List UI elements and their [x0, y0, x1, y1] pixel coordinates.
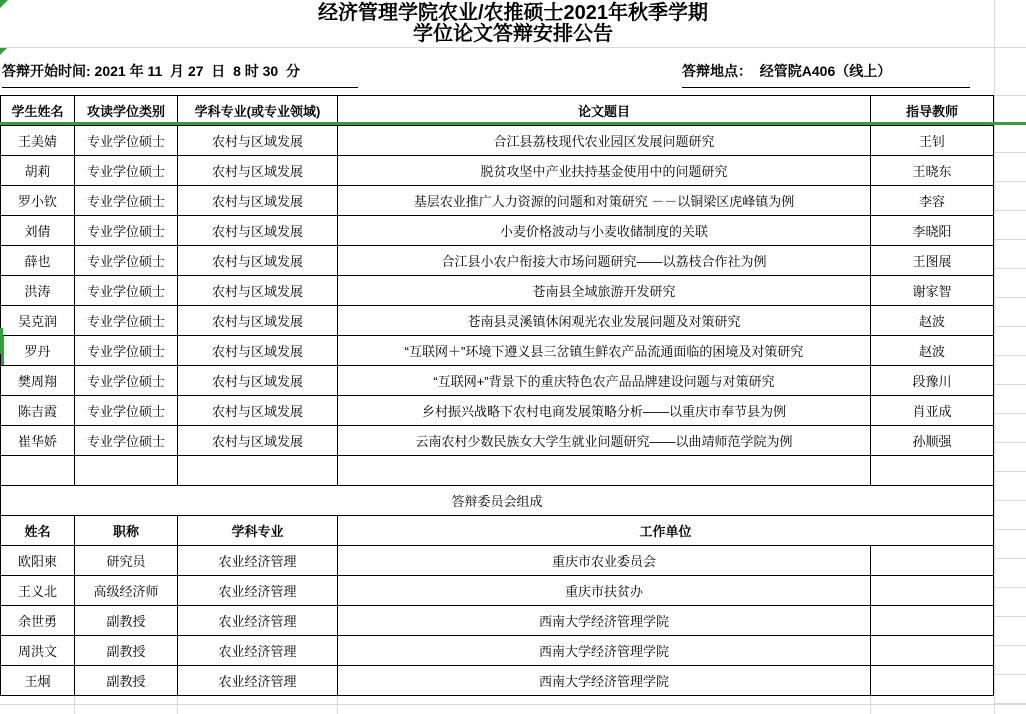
student-row: 王美婧 专业学位硕士 农村与区域发展 合江县荔枝现代农业园区发展问题研究 王钊 — [1, 126, 994, 156]
thesis-title-cell[interactable]: 苍南县灵溪镇休闲观光农业发展问题及对策研究 — [338, 306, 871, 336]
degree-type-cell[interactable]: 专业学位硕士 — [75, 336, 178, 366]
committee-row: 王义北 高级经济师 农业经济管理 重庆市扶贫办 — [1, 576, 994, 606]
committee-major-cell[interactable]: 农业经济管理 — [178, 606, 338, 636]
advisor-cell[interactable]: 赵波 — [871, 306, 994, 336]
major-cell[interactable]: 农村与区域发展 — [178, 246, 338, 276]
student-name-cell[interactable]: 樊周翔 — [1, 366, 75, 396]
advisor-cell[interactable]: 赵波 — [871, 336, 994, 366]
advisor-cell[interactable]: 李容 — [871, 186, 994, 216]
thesis-title-cell[interactable]: 合江县荔枝现代农业园区发展问题研究 — [338, 126, 871, 156]
student-name-cell[interactable]: 罗丹 — [1, 336, 75, 366]
committee-name-cell[interactable]: 欧阳柬 — [1, 546, 75, 576]
advisor-cell[interactable]: 肖亚成 — [871, 396, 994, 426]
major-cell[interactable]: 农村与区域发展 — [178, 306, 338, 336]
student-name-cell[interactable] — [1, 456, 75, 486]
committee-organization-cell[interactable]: 重庆市扶贫办 — [338, 576, 871, 606]
defense-time-field[interactable]: 答辩开始时间: 2021 年 11 月 27 日 8 时 30 分 — [2, 61, 358, 88]
page-title-line1: 经济管理学院农业/农推硕士2021年秋季学期 — [0, 3, 1026, 24]
committee-header-row: 姓名 职称 学科专业 工作单位 — [1, 516, 994, 546]
committee-organization-cell[interactable]: 重庆市农业委员会 — [338, 546, 871, 576]
committee-major-cell[interactable]: 农业经济管理 — [178, 546, 338, 576]
major-cell[interactable]: 农村与区域发展 — [178, 186, 338, 216]
page-title-line2: 学位论文答辩安排公告 — [0, 24, 1026, 45]
student-row: 陈吉霞 专业学位硕士 农村与区域发展 乡村振兴战略下农村电商发展策略分析——以重… — [1, 396, 994, 426]
advisor-cell[interactable]: 王晓东 — [871, 156, 994, 186]
student-row: 薛也 专业学位硕士 农村与区域发展 合江县小农户衔接大市场问题研究——以荔枝合作… — [1, 246, 994, 276]
student-row: 崔华娇 专业学位硕士 农村与区域发展 云南农村少数民族女大学生就业问题研究——以… — [1, 426, 994, 456]
advisor-cell[interactable] — [871, 456, 994, 486]
major-cell[interactable]: 农村与区域发展 — [178, 426, 338, 456]
cell-error-triangle-icon — [0, 0, 8, 8]
page-title: 经济管理学院农业/农推硕士2021年秋季学期 学位论文答辩安排公告 — [0, 3, 1026, 45]
spreadsheet-canvas: 经济管理学院农业/农推硕士2021年秋季学期 学位论文答辩安排公告 答辩开始时间… — [0, 0, 1026, 714]
committee-title-cell[interactable]: 研究员 — [75, 546, 178, 576]
student-row — [1, 456, 994, 486]
student-row: 洪涛 专业学位硕士 农村与区域发展 苍南县全域旅游开发研究 谢家智 — [1, 276, 994, 306]
cell-error-marker — [0, 328, 3, 354]
advisor-cell[interactable]: 谢家智 — [871, 276, 994, 306]
students-header-row: 学生姓名 攻读学位类别 学科专业(或专业领域) 论文题目 指导教师 — [1, 96, 994, 126]
thesis-title-cell[interactable]: 基层农业推广人力资源的问题和对策研究 －－以铜梁区虎峰镇为例 — [338, 186, 871, 216]
major-cell[interactable]: 农村与区域发展 — [178, 156, 338, 186]
major-cell[interactable] — [178, 456, 338, 486]
thesis-title-cell[interactable]: 苍南县全域旅游开发研究 — [338, 276, 871, 306]
advisor-cell[interactable]: 段豫川 — [871, 366, 994, 396]
degree-type-cell[interactable]: 专业学位硕士 — [75, 156, 178, 186]
committee-name-cell[interactable]: 周洪文 — [1, 636, 75, 666]
committee-row: 余世勇 副教授 农业经济管理 西南大学经济管理学院 — [1, 606, 994, 636]
degree-type-cell[interactable]: 专业学位硕士 — [75, 126, 178, 156]
student-name-cell[interactable]: 吴克润 — [1, 306, 75, 336]
advisor-cell[interactable]: 王图展 — [871, 246, 994, 276]
student-row: 樊周翔 专业学位硕士 农村与区域发展 “互联网+”背景下的重庆特色农产品品牌建设… — [1, 366, 994, 396]
degree-type-cell[interactable]: 专业学位硕士 — [75, 396, 178, 426]
thesis-title-cell[interactable]: 脱贫攻坚中产业扶持基金使用中的问题研究 — [338, 156, 871, 186]
committee-organization-cell[interactable]: 西南大学经济管理学院 — [338, 636, 871, 666]
thesis-title-cell[interactable]: 云南农村少数民族女大学生就业问题研究——以曲靖师范学院为例 — [338, 426, 871, 456]
advisor-cell[interactable]: 孙顺强 — [871, 426, 994, 456]
col-header-student-name[interactable]: 学生姓名 — [1, 96, 75, 126]
col-header-degree-type[interactable]: 攻读学位类别 — [75, 96, 178, 126]
col-header-committee-major[interactable]: 学科专业 — [178, 516, 338, 546]
committee-empty-cell[interactable] — [871, 546, 994, 576]
committee-row: 王炯 副教授 农业经济管理 西南大学经济管理学院 — [1, 666, 994, 696]
committee-organization-cell[interactable]: 西南大学经济管理学院 — [338, 606, 871, 636]
committee-organization-cell[interactable]: 西南大学经济管理学院 — [338, 666, 871, 696]
committee-row: 欧阳柬 研究员 农业经济管理 重庆市农业委员会 — [1, 546, 994, 576]
committee-title-cell[interactable]: 副教授 — [75, 606, 178, 636]
major-cell[interactable]: 农村与区域发展 — [178, 126, 338, 156]
thesis-title-cell[interactable]: “互联网+”背景下的重庆特色农产品品牌建设问题与对策研究 — [338, 366, 871, 396]
committee-title-cell[interactable]: 副教授 — [75, 636, 178, 666]
student-name-cell[interactable]: 王美婧 — [1, 126, 75, 156]
col-header-thesis-title[interactable]: 论文题目 — [338, 96, 871, 126]
thesis-title-cell[interactable]: 乡村振兴战略下农村电商发展策略分析——以重庆市奉节县为例 — [338, 396, 871, 426]
committee-empty-cell[interactable] — [871, 636, 994, 666]
committee-major-cell[interactable]: 农业经济管理 — [178, 666, 338, 696]
degree-type-cell[interactable]: 专业学位硕士 — [75, 186, 178, 216]
grid-line — [0, 704, 1026, 705]
major-cell[interactable]: 农村与区域发展 — [178, 336, 338, 366]
col-header-organization[interactable]: 工作单位 — [338, 516, 994, 546]
student-name-cell[interactable]: 薛也 — [1, 246, 75, 276]
student-row: 罗丹 专业学位硕士 农村与区域发展 “互联网＋”环境下遵义县三岔镇生鲜农产品流通… — [1, 336, 994, 366]
col-header-title[interactable]: 职称 — [75, 516, 178, 546]
committee-name-cell[interactable]: 王炯 — [1, 666, 75, 696]
major-cell[interactable]: 农村与区域发展 — [178, 396, 338, 426]
committee-title-cell[interactable]: 副教授 — [75, 666, 178, 696]
committee-major-cell[interactable]: 农业经济管理 — [178, 576, 338, 606]
committee-empty-cell[interactable] — [871, 666, 994, 696]
thesis-title-cell[interactable]: “互联网＋”环境下遵义县三岔镇生鲜农产品流通面临的困境及对策研究 — [338, 336, 871, 366]
degree-type-cell[interactable]: 专业学位硕士 — [75, 276, 178, 306]
advisor-cell[interactable]: 李晓阳 — [871, 216, 994, 246]
student-name-cell[interactable]: 罗小钦 — [1, 186, 75, 216]
degree-type-cell[interactable]: 专业学位硕士 — [75, 366, 178, 396]
committee-name-cell[interactable]: 余世勇 — [1, 606, 75, 636]
cell-error-triangle-icon — [0, 48, 7, 55]
degree-type-cell[interactable]: 专业学位硕士 — [75, 246, 178, 276]
committee-body: 欧阳柬 研究员 农业经济管理 重庆市农业委员会 王义北 高级经济师 农业经济管理… — [1, 546, 994, 696]
col-header-name[interactable]: 姓名 — [1, 516, 75, 546]
major-cell[interactable]: 农村与区域发展 — [178, 366, 338, 396]
student-row: 胡莉 专业学位硕士 农村与区域发展 脱贫攻坚中产业扶持基金使用中的问题研究 王晓… — [1, 156, 994, 186]
student-name-cell[interactable]: 胡莉 — [1, 156, 75, 186]
committee-section-title[interactable]: 答辩委员会组成 — [1, 486, 994, 516]
committee-row: 周洪文 副教授 农业经济管理 西南大学经济管理学院 — [1, 636, 994, 666]
student-name-cell[interactable]: 刘倩 — [1, 216, 75, 246]
committee-band-row: 答辩委员会组成 — [1, 486, 994, 516]
student-row: 吴克润 专业学位硕士 农村与区域发展 苍南县灵溪镇休闲观光农业发展问题及对策研究… — [1, 306, 994, 336]
thesis-title-cell[interactable]: 小麦价格波动与小麦收储制度的关联 — [338, 216, 871, 246]
col-header-advisor[interactable]: 指导教师 — [871, 96, 994, 126]
committee-title-cell[interactable]: 高级经济师 — [75, 576, 178, 606]
student-row: 刘倩 专业学位硕士 农村与区域发展 小麦价格波动与小麦收储制度的关联 李晓阳 — [1, 216, 994, 246]
committee-name-cell[interactable]: 王义北 — [1, 576, 75, 606]
grid-lines-right-strip — [994, 124, 1026, 705]
schedule-table: 学生姓名 攻读学位类别 学科专业(或专业领域) 论文题目 指导教师 王美婧 专业… — [0, 95, 994, 696]
committee-empty-cell[interactable] — [871, 576, 994, 606]
degree-type-cell[interactable]: 专业学位硕士 — [75, 216, 178, 246]
defense-location-field[interactable]: 答辩地点： 经管院A406（线上） — [682, 61, 970, 88]
degree-type-cell[interactable] — [75, 456, 178, 486]
thesis-title-cell[interactable] — [338, 456, 871, 486]
committee-major-cell[interactable]: 农业经济管理 — [178, 636, 338, 666]
major-cell[interactable]: 农村与区域发展 — [178, 216, 338, 246]
committee-section: 答辩委员会组成 姓名 职称 学科专业 工作单位 — [1, 486, 994, 546]
major-cell[interactable]: 农村与区域发展 — [178, 276, 338, 306]
freeze-pane-line — [0, 122, 1026, 125]
grid-line — [0, 47, 1026, 48]
thesis-title-cell[interactable]: 合江县小农户衔接大市场问题研究——以荔枝合作社为例 — [338, 246, 871, 276]
degree-type-cell[interactable]: 专业学位硕士 — [75, 306, 178, 336]
degree-type-cell[interactable]: 专业学位硕士 — [75, 426, 178, 456]
grid-line — [993, 95, 1026, 96]
col-header-major[interactable]: 学科专业(或专业领域) — [178, 96, 338, 126]
student-row: 罗小钦 专业学位硕士 农村与区域发展 基层农业推广人力资源的问题和对策研究 －－… — [1, 186, 994, 216]
student-name-cell[interactable]: 陈吉霞 — [1, 396, 75, 426]
students-body: 王美婧 专业学位硕士 农村与区域发展 合江县荔枝现代农业园区发展问题研究 王钊 … — [1, 126, 994, 486]
advisor-cell[interactable]: 王钊 — [871, 126, 994, 156]
committee-empty-cell[interactable] — [871, 606, 994, 636]
student-name-cell[interactable]: 崔华娇 — [1, 426, 75, 456]
student-name-cell[interactable]: 洪涛 — [1, 276, 75, 306]
